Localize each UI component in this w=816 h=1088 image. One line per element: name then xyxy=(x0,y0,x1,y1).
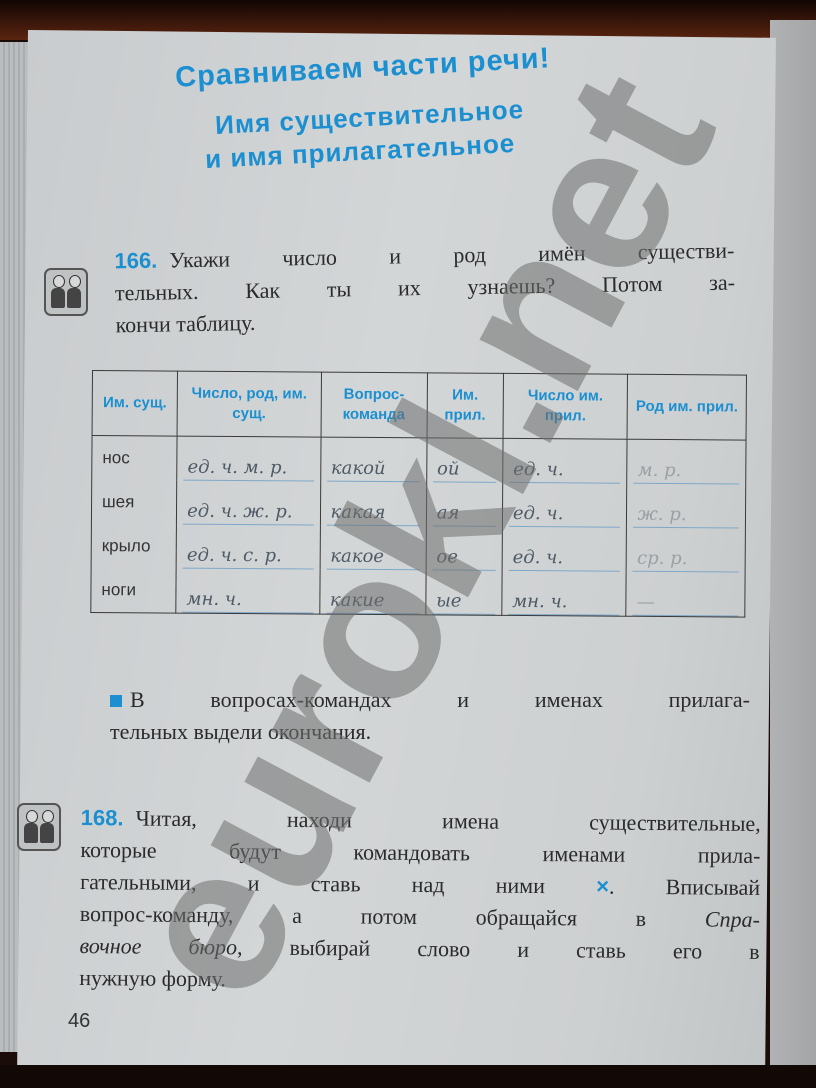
handwritten-answer[interactable]: ср. р. xyxy=(633,548,739,573)
handwritten-answer[interactable]: какой xyxy=(327,458,420,483)
handwritten-answer[interactable]: ж. р. xyxy=(633,504,739,529)
handwritten-answer[interactable]: — xyxy=(633,592,739,617)
answer-cell: мн. ч. xyxy=(176,569,320,615)
header-noun: Им. сущ. xyxy=(92,371,178,437)
handwritten-answer[interactable]: ед. ч. xyxy=(509,459,621,484)
square-bullet-icon xyxy=(110,695,122,707)
task-text: вопрос-команду, а потом обращайся в xyxy=(80,901,646,931)
task-text: гательными, и ставь над ними xyxy=(80,869,545,898)
table-row: носед. ч. м. р.какойойед. ч.м. р. xyxy=(92,436,746,485)
answer-cell: ед. ч. xyxy=(503,438,628,483)
header-adjective-gender: Род им. прил. xyxy=(627,374,746,440)
table-header-row: Им. сущ. Число, род, им. сущ. Вопрос-ком… xyxy=(92,371,746,441)
answer-cell: ж. р. xyxy=(627,484,746,529)
subtask-text-line: тельных выдели окончания. xyxy=(110,716,750,748)
reference-bureau-italic: вочное бюро xyxy=(79,933,237,959)
page-number: 46 xyxy=(68,1010,90,1033)
table-row: крылоед. ч. с. р.какоеоеед. ч.ср. р. xyxy=(91,524,745,573)
answer-cell: мн. ч. xyxy=(502,571,627,616)
header-question: Вопрос-команда xyxy=(321,372,428,438)
answer-cell: ед. ч. ж. р. xyxy=(177,481,321,526)
answer-cell: м. р. xyxy=(627,439,746,484)
facing-page-edge xyxy=(770,20,816,1088)
answer-cell: какое xyxy=(320,526,426,571)
pair-work-icon xyxy=(17,803,61,851)
task-number: 166. xyxy=(114,248,157,274)
handwritten-answer[interactable]: ед. ч. с. р. xyxy=(183,545,314,570)
handwritten-answer[interactable]: ые xyxy=(432,590,495,614)
header-noun-number-gender: Число, род, им. сущ. xyxy=(177,371,321,437)
pair-work-icon xyxy=(44,268,88,316)
noun-cell: ноги xyxy=(91,568,176,613)
task-text: , выбирай слово и ставь его в xyxy=(237,934,760,964)
answer-cell: ед. ч. xyxy=(502,527,627,572)
answer-cell: ая xyxy=(426,482,502,527)
answer-cell: — xyxy=(626,572,745,617)
task-168: 168.Читая, находи имена существительные,… xyxy=(79,802,761,1000)
handwritten-answer[interactable]: какие xyxy=(326,590,419,615)
noun-cell: крыло xyxy=(91,524,176,569)
subtask: В вопросах-командах и именах прилага- те… xyxy=(110,684,750,748)
handwritten-answer[interactable]: ой xyxy=(433,458,496,482)
handwritten-answer[interactable]: какое xyxy=(326,546,419,571)
header-adjective-number: Число им. прил. xyxy=(503,373,628,439)
exercise-table: Им. сущ. Число, род, им. сущ. Вопрос-ком… xyxy=(90,370,747,618)
handwritten-answer[interactable]: мн. ч. xyxy=(182,589,313,614)
answer-cell: какие xyxy=(319,570,425,615)
noun-cell: шея xyxy=(91,480,176,525)
background-desk-bottom xyxy=(0,1065,816,1088)
task-text-line: нужную форму. xyxy=(79,962,759,1000)
reference-bureau-italic: Спра- xyxy=(705,906,760,931)
handwritten-answer[interactable]: мн. ч. xyxy=(508,591,620,616)
task-text-line: Читая, находи имена существительные, xyxy=(135,806,760,836)
handwritten-answer[interactable]: м. р. xyxy=(634,460,740,485)
task-166: 166.Укажи число и род имён существи- тел… xyxy=(114,235,736,342)
answer-cell: ср. р. xyxy=(626,528,745,573)
answer-cell: ое xyxy=(426,526,502,571)
answer-cell: ед. ч. с. р. xyxy=(176,525,320,570)
header-adjective: Им. прил. xyxy=(427,373,504,439)
handwritten-answer[interactable]: ое xyxy=(432,546,495,570)
subtask-text-line: В вопросах-командах и именах прилага- xyxy=(130,687,750,712)
table-row: ногимн. ч.какиеыемн. ч.— xyxy=(91,568,745,617)
table-row: шеяед. ч. ж. р.какаяаяед. ч.ж. р. xyxy=(91,480,745,529)
answer-cell: ед. ч. м. р. xyxy=(177,436,321,481)
cross-mark-icon: × xyxy=(596,874,609,899)
answer-cell: ые xyxy=(426,570,502,615)
handwritten-answer[interactable]: ед. ч. м. р. xyxy=(183,457,314,482)
handwritten-answer[interactable]: какая xyxy=(326,502,419,527)
handwritten-answer[interactable]: ед. ч. xyxy=(509,547,621,572)
handwritten-answer[interactable]: ед. ч. xyxy=(509,503,621,528)
noun-cell: нос xyxy=(92,436,177,481)
answer-cell: ед. ч. xyxy=(502,483,627,528)
handwritten-answer[interactable]: ая xyxy=(433,502,496,526)
handwritten-answer[interactable]: ед. ч. ж. р. xyxy=(183,501,314,526)
answer-cell: ой xyxy=(426,438,502,483)
answer-cell: какая xyxy=(320,482,426,527)
task-number: 168. xyxy=(81,805,124,830)
answer-cell: какой xyxy=(320,437,426,482)
task-text: . Вписывай xyxy=(609,874,760,900)
